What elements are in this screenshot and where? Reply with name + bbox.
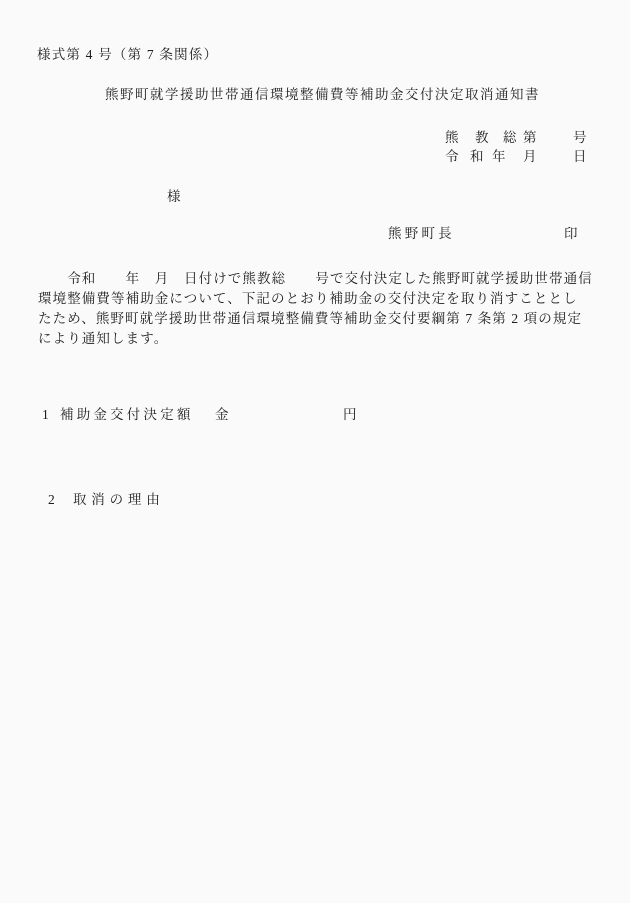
- body-paragraph: 令和 年 月 日付けで熊教総 号で交付決定した熊野町就学援助世帯通信 環境整備費…: [38, 269, 623, 349]
- doc-number-char-4: 第: [523, 130, 537, 146]
- item-1-amount-prefix: 金: [215, 407, 229, 423]
- addressee-honorific: 様: [167, 189, 181, 205]
- doc-number-char-3: 総: [503, 130, 517, 146]
- date-year-label: 年: [492, 149, 506, 165]
- item-1-label: 補助金交付決定額: [60, 407, 194, 423]
- sender-title: 熊野町長: [388, 226, 455, 242]
- date-month-label: 月: [523, 149, 537, 165]
- doc-number-char-2: 教: [475, 130, 489, 146]
- form-number-label: 様式第 4 号（第 7 条関係）: [37, 47, 218, 63]
- doc-number-suffix: 号: [573, 130, 587, 146]
- seal-mark: 印: [564, 226, 578, 242]
- document-page: 様式第 4 号（第 7 条関係） 熊野町就学援助世帯通信環境整備費等補助金交付決…: [0, 0, 630, 903]
- date-era-label: 令和: [445, 149, 495, 165]
- item-2-label: 取消の理由: [73, 492, 165, 508]
- document-title: 熊野町就学援助世帯通信環境整備費等補助金交付決定取消通知書: [105, 87, 540, 103]
- item-2-number: 2: [48, 492, 55, 508]
- doc-number-char-1: 熊: [445, 130, 459, 146]
- item-1-amount-unit: 円: [343, 407, 357, 423]
- item-1-number: 1: [42, 407, 49, 423]
- date-day-label: 日: [573, 149, 587, 165]
